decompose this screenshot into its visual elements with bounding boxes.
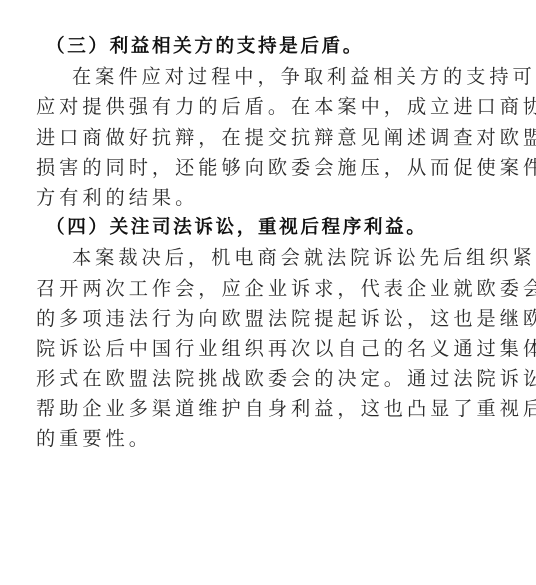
paragraph-line: 本案裁决后，机电商会就法院诉讼先后组织紧固件企业 <box>36 243 501 273</box>
paragraph-line: 的重要性。 <box>36 424 501 454</box>
section-heading-3: （三）利益相关方的支持是后盾。 <box>36 32 501 62</box>
paragraph-line: 进口商做好抗辩，在提交抗辩意见阐述调查对欧盟利益造成 <box>36 123 501 153</box>
paragraph-line: 院诉讼后中国行业组织再次以自己的名义通过集体诉讼的 <box>36 334 501 364</box>
paragraph-line: 应对提供强有力的后盾。在本案中，成立进口商协会，组织 <box>36 92 501 122</box>
paragraph-line: 帮助企业多渠道维护自身利益，这也凸显了重视后程序利益 <box>36 394 501 424</box>
section-heading-4: （四）关注司法诉讼，重视后程序利益。 <box>36 213 501 243</box>
paragraph-line: 损害的同时，还能够向欧委会施压，从而促使案件取得对我 <box>36 153 501 183</box>
document-body: （三）利益相关方的支持是后盾。 在案件应对过程中，争取利益相关方的支持可以为案件… <box>36 32 501 455</box>
paragraph-line: 方有利的结果。 <box>36 183 501 213</box>
paragraph-line: 在案件应对过程中，争取利益相关方的支持可以为案件 <box>36 62 501 92</box>
paragraph-line: 召开两次工作会，应企业诉求，代表企业就欧委会在调查中 <box>36 274 501 304</box>
paragraph-line: 形式在欧盟法院挑战欧委会的决定。通过法院诉讼途径，可 <box>36 364 501 394</box>
paragraph-line: 的多项违法行为向欧盟法院提起诉讼，这也是继欧盟铸件法 <box>36 304 501 334</box>
